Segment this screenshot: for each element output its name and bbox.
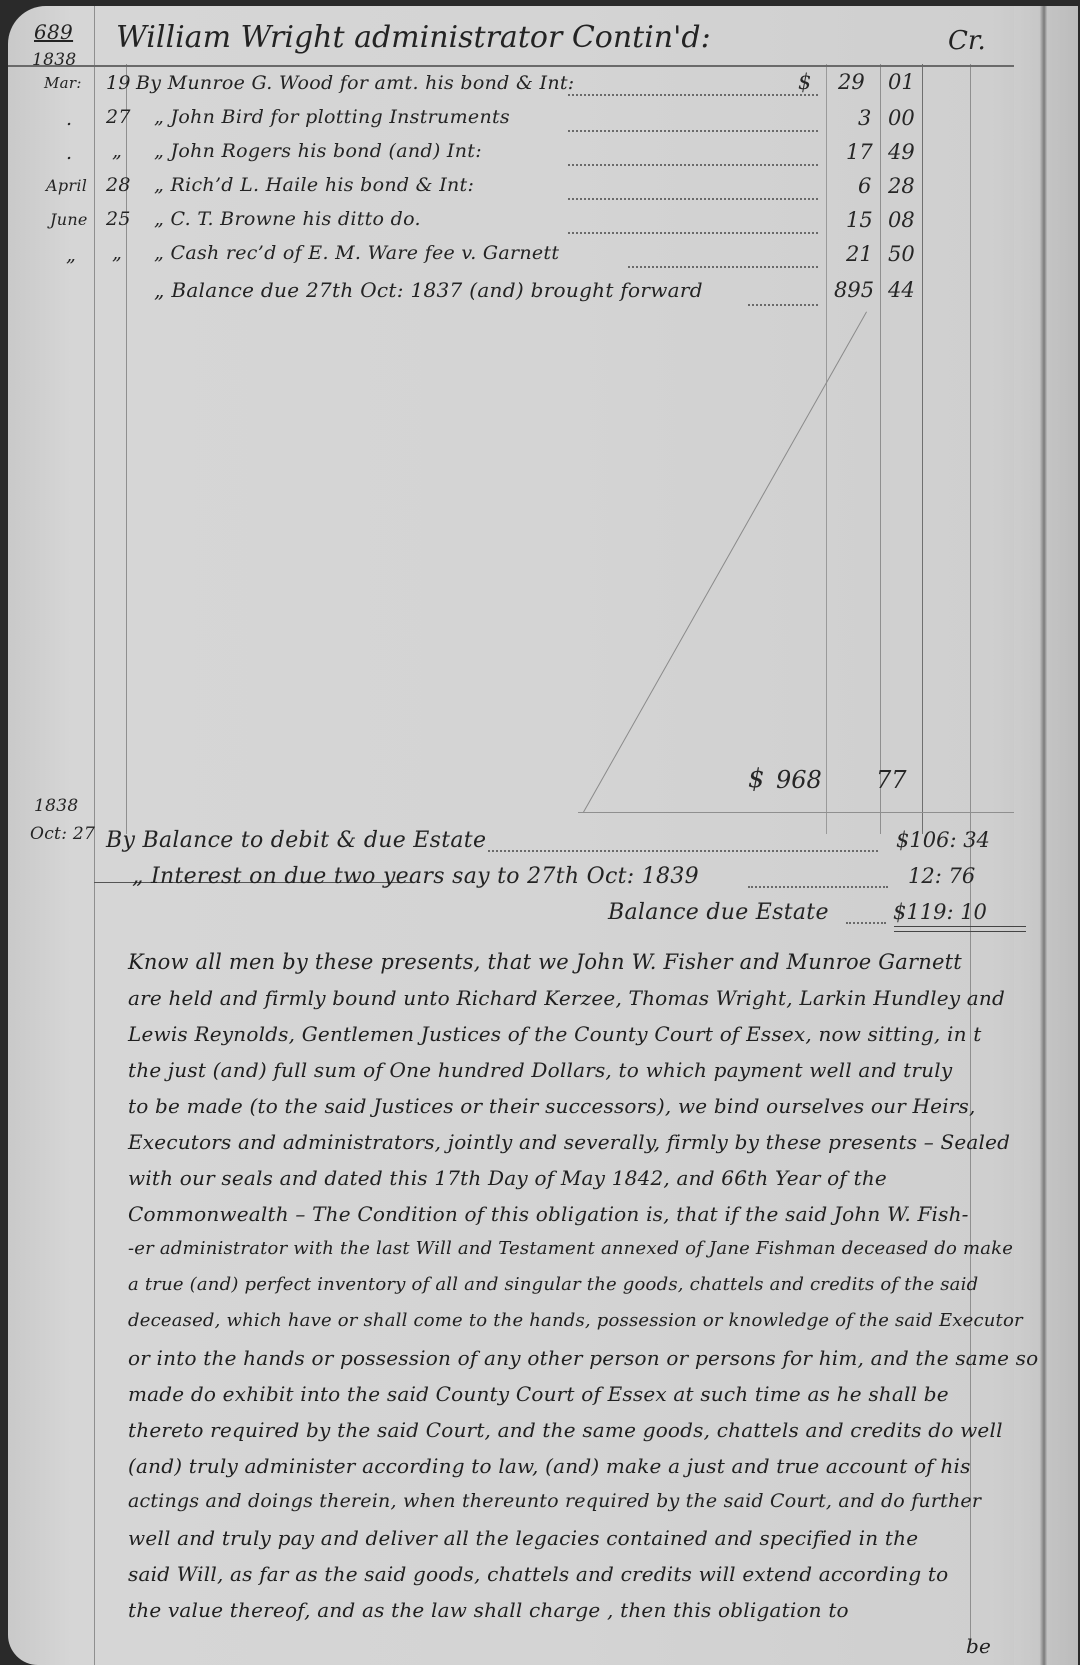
leader-dots [568,232,818,234]
bond-line: -er administrator with the last Will and… [128,1238,1028,1259]
leader-dots [568,164,818,166]
folio-number: 689 [34,20,73,44]
total-rule [578,812,1018,813]
settlement-amount: $106: 34 [896,828,990,852]
entry-cents: 49 [888,140,915,164]
entry-month: . [66,142,72,164]
settlement-description: „ Interest on due two years say to 27th … [132,864,699,889]
entry-day: „ [112,140,122,162]
entry-dollars: 17 [846,140,873,164]
bond-line: said Will, as far as the said goods, cha… [128,1562,1028,1586]
bond-line: Know all men by these presents, that we … [128,950,1028,974]
bond-line: are held and firmly bound unto Richard K… [128,986,1028,1010]
entry-cents: 50 [888,242,915,266]
ledger-page: 689 1838 William Wright administrator Co… [8,6,1078,1665]
account-title: William Wright administrator Contin'd: [116,20,711,55]
bond-line: with our seals and dated this 17th Day o… [128,1166,1028,1190]
dollar-sign: $ [798,70,811,94]
bond-line: deceased, which have or shall come to th… [128,1310,1028,1331]
ledger-row: June 25 „ C. T. Browne his ditto do. 15 … [8,204,1008,240]
total-dollars: 968 [776,766,822,794]
settlement-row: By Balance to debit & due Estate $106: 3… [8,826,1018,860]
entry-month: „ [66,244,76,266]
total-cents: 77 [876,766,907,794]
leader-dots [488,850,878,852]
bond-line: thereto required by the said Court, and … [128,1418,1028,1442]
bond-line: well and truly pay and deliver all the l… [128,1526,1028,1550]
bond-line: Lewis Reynolds, Gentlemen Justices of th… [128,1022,1028,1046]
settlement-row: Balance due Estate $119: 10 [8,898,1018,932]
entry-dollars: 6 [858,174,871,198]
entry-dollars: 15 [846,208,873,232]
entry-description: „ John Rogers his bond (and) Int: [154,140,482,162]
leader-dots [568,94,818,96]
entry-description: By Munroe G. Wood for amt. his bond & In… [136,72,575,94]
entry-description: „ John Bird for plotting Instruments [154,106,510,128]
leader-dots [628,266,818,268]
entry-cents: 44 [888,278,915,302]
bond-line: to be made (to the said Justices or thei… [128,1094,1028,1118]
settlement-year: 1838 [34,796,78,816]
ledger-row: April 28 „ Rich’d L. Haile his bond & In… [8,170,1008,206]
binding-edge [1014,6,1078,1665]
bond-line: made do exhibit into the said County Cou… [128,1382,1028,1406]
entry-dollars: 21 [846,242,873,266]
bond-line: the just (and) full sum of One hundred D… [128,1058,1028,1082]
ledger-total: $ 968 77 [748,764,948,804]
entry-cents: 08 [888,208,915,232]
entry-description: „ Balance due 27th Oct: 1837 (and) broug… [154,278,703,302]
ledger-row: „ „ „ Cash rec’d of E. M. Ware fee v. Ga… [8,238,1008,274]
balance-double-underline [894,926,1026,932]
bond-line: or into the hands or possession of any o… [128,1346,1028,1370]
settlement-description: By Balance to debit & due Estate [106,828,486,853]
entry-day: 28 [106,174,131,196]
entry-cents: 00 [888,106,915,130]
ledger-row: „ Balance due 27th Oct: 1837 (and) broug… [8,274,1008,314]
entry-description: „ Cash rec’d of E. M. Ware fee v. Garnet… [154,242,559,264]
leader-dots [568,198,818,200]
entry-description: „ C. T. Browne his ditto do. [154,208,421,230]
entry-dollars: 29 [838,70,865,94]
credit-marker: Cr. [948,26,986,56]
entry-month: . [66,108,72,130]
bond-line: Executors and administrators, jointly an… [128,1130,1028,1154]
leader-dots [846,922,886,924]
settlement-description: Balance due Estate [608,900,829,925]
entry-cents: 28 [888,174,915,198]
entry-dollars: 895 [834,278,874,302]
settlement-amount: $119: 10 [893,900,987,924]
bond-line: actings and doings therein, when thereun… [128,1490,1028,1512]
settlement-amount: 12: 76 [908,864,975,888]
entry-cents: 01 [888,70,915,94]
entry-day: „ [112,242,122,264]
entry-day: 19 [106,72,131,94]
bond-line: the value thereof, and as the law shall … [128,1598,1028,1622]
leader-dots [748,304,818,306]
bond-line: be [966,1634,1026,1658]
ledger-row: . „ „ John Rogers his bond (and) Int: 17… [8,136,1008,172]
ledger-row: . 27 „ John Bird for plotting Instrument… [8,102,1008,138]
entry-month: Mar: [44,74,82,92]
header-underline [8,65,1018,67]
entry-dollars: 3 [858,106,871,130]
cancel-diagonal-line [583,312,867,813]
settlement-row: „ Interest on due two years say to 27th … [8,862,1018,896]
bond-line: a true (and) perfect inventory of all an… [128,1274,1028,1295]
entry-day: 25 [106,208,131,230]
header-year: 1838 [32,50,76,70]
leader-dots [748,886,888,888]
dollar-sign: $ [748,764,765,794]
ledger-row: Mar: 19 By Munroe G. Wood for amt. his b… [8,68,1008,104]
entry-month: June [50,210,88,229]
entry-description: „ Rich’d L. Haile his bond & Int: [154,174,474,196]
bond-line: Commonwealth – The Condition of this obl… [128,1202,1028,1226]
entry-day: 27 [106,106,131,128]
leader-dots [568,130,818,132]
bond-line: (and) truly administer according to law,… [128,1454,1028,1478]
entry-month: April [46,176,87,195]
